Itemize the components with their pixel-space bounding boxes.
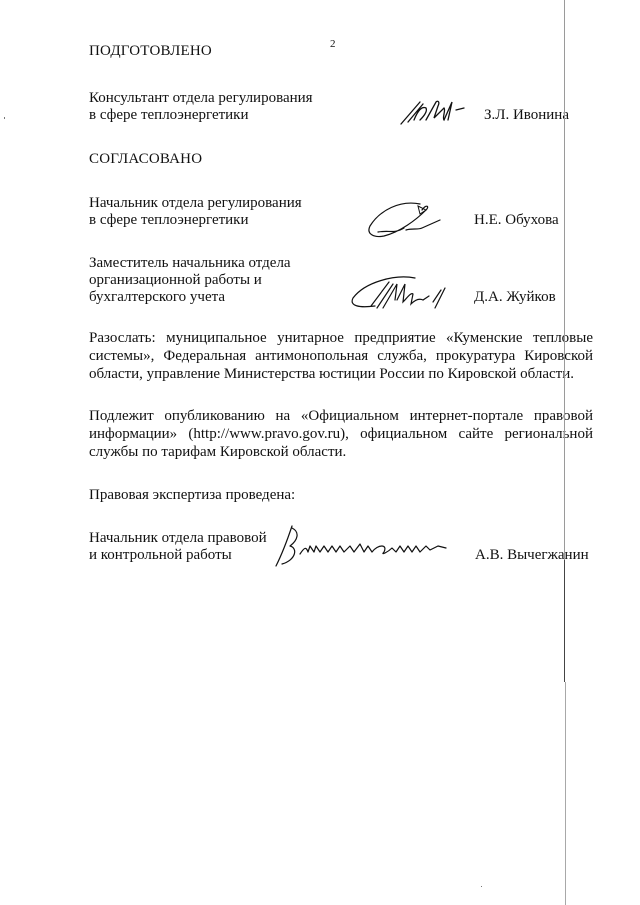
- scan-margin-line-dark: [564, 560, 565, 682]
- agreed-signer-2-position-line-1: Заместитель начальника отдела: [89, 254, 291, 272]
- distribution-line-2: системы», Федеральная антимонопольная сл…: [89, 347, 593, 365]
- scan-margin-line: [564, 0, 565, 560]
- publication-line-2: информации» (http://www.pravo.gov.ru), о…: [89, 425, 593, 443]
- agreed-signer-1-position-line-1: Начальник отдела регулирования: [89, 194, 302, 212]
- distribution-line-1: Разослать: муниципальное унитарное предп…: [89, 329, 593, 347]
- agreed-signer-2-position-line-3: бухгалтерского учета: [89, 288, 225, 306]
- prepared-position-line-2: в сфере теплоэнергетики: [89, 106, 249, 124]
- publication-line-1: Подлежит опубликованию на «Официальном и…: [89, 407, 593, 425]
- document-page: 2 ПОДГОТОВЛЕНО Консультант отдела регули…: [0, 0, 640, 905]
- signature-vychegzhanin-icon: [270, 524, 470, 570]
- publication-paragraph: Подлежит опубликованию на «Официальном и…: [89, 407, 593, 461]
- distribution-paragraph: Разослать: муниципальное унитарное предп…: [89, 329, 593, 383]
- prepared-position-line-1: Консультант отдела регулирования: [89, 89, 313, 107]
- scan-speck: [4, 117, 5, 119]
- distribution-line-3: области, управление Министерства юстиции…: [89, 365, 593, 383]
- scan-margin-line-lower: [565, 682, 566, 905]
- agreed-heading: СОГЛАСОВАНО: [89, 150, 202, 168]
- agreed-signer-2-position-line-2: организационной работы и: [89, 271, 262, 289]
- prepared-signer-name: З.Л. Ивонина: [484, 106, 569, 124]
- publication-line-3: службы по тарифам Кировской области.: [89, 443, 593, 461]
- signature-ivonina-icon: [398, 88, 473, 128]
- signature-obukhova-icon: [360, 196, 450, 242]
- legal-review-position-line-1: Начальник отдела правовой: [89, 529, 267, 547]
- agreed-signer-2-name: Д.А. Жуйков: [474, 288, 556, 306]
- legal-review-heading: Правовая экспертиза проведена:: [89, 486, 295, 504]
- scan-speck: [481, 886, 482, 887]
- agreed-signer-1-name: Н.Е. Обухова: [474, 211, 559, 229]
- agreed-signer-1-position-line-2: в сфере теплоэнергетики: [89, 211, 249, 229]
- signature-zhuikov-icon: [345, 272, 460, 312]
- legal-review-signer-name: А.В. Вычегжанин: [475, 546, 589, 564]
- prepared-heading: ПОДГОТОВЛЕНО: [89, 42, 212, 60]
- page-number: 2: [330, 38, 336, 50]
- legal-review-position-line-2: и контрольной работы: [89, 546, 232, 564]
